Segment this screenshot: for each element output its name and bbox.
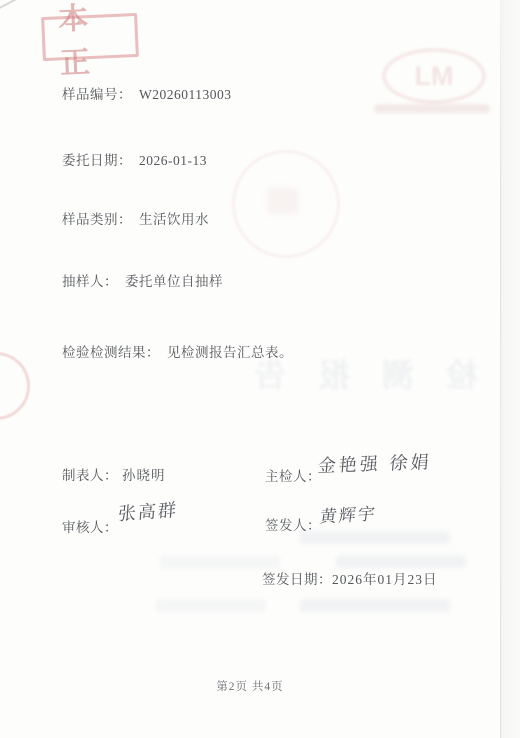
sampler-value: 委托单位自抽样 bbox=[125, 274, 223, 289]
preparer-label: 制表人： bbox=[62, 464, 118, 484]
chief-inspector-label: 主检人： bbox=[265, 465, 321, 485]
bleedthrough-text-bar bbox=[160, 556, 280, 569]
field-sample-category: 样品类别：生活饮用水 bbox=[62, 208, 209, 228]
sampler-label: 抽样人： bbox=[62, 274, 118, 289]
issue-date-value: 2026年01月23日 bbox=[332, 568, 438, 588]
page-number: 第2页 共4页 bbox=[0, 678, 500, 694]
sample-category-label: 样品类别： bbox=[62, 212, 132, 227]
field-sampler: 抽样人：委托单位自抽样 bbox=[62, 270, 223, 290]
bleedthrough-text-bar bbox=[300, 599, 450, 612]
reviewer-label: 审核人： bbox=[62, 516, 118, 536]
bleedthrough-mirrored-text: 检测报告 bbox=[168, 350, 478, 396]
bleedthrough-logo-text: LM bbox=[415, 61, 454, 92]
bleedthrough-text-bar bbox=[336, 555, 466, 568]
test-result-label: 检验检测结果： bbox=[62, 345, 160, 360]
report-page: 本正 LM 样品编号：W20260113003 委托日期：2026-01-13 … bbox=[0, 0, 520, 738]
sample-number-value: W20260113003 bbox=[139, 87, 232, 102]
original-copy-stamp: 本正 bbox=[41, 13, 139, 61]
scan-edge-shade bbox=[501, 0, 520, 738]
sample-number-label: 样品编号： bbox=[62, 87, 132, 102]
bleedthrough-seal-center bbox=[268, 188, 298, 214]
bleedthrough-text-bar bbox=[156, 599, 266, 612]
issuer-signature: 黄辉宇 bbox=[318, 499, 378, 527]
bleedthrough-text-bar bbox=[300, 531, 450, 544]
commission-date-value: 2026-01-13 bbox=[139, 153, 207, 168]
partial-red-stamp-left-edge bbox=[0, 352, 30, 420]
original-copy-stamp-text: 本正 bbox=[57, 0, 137, 82]
chief-inspector-signature: 金艳强 徐娟 bbox=[317, 448, 433, 478]
preparer-name: 孙晓明 bbox=[122, 464, 166, 484]
bleedthrough-logo-subtext-bar bbox=[374, 104, 490, 113]
field-sample-number: 样品编号：W20260113003 bbox=[62, 83, 232, 103]
field-commission-date: 委托日期：2026-01-13 bbox=[62, 149, 207, 169]
issue-date-label: 签发日期： bbox=[262, 568, 332, 588]
bleedthrough-logo-watermark: LM bbox=[382, 48, 486, 104]
reviewer-signature: 张高群 bbox=[117, 496, 179, 526]
sample-category-value: 生活饮用水 bbox=[139, 212, 209, 227]
commission-date-label: 委托日期： bbox=[62, 153, 132, 168]
scan-corner-artifact bbox=[0, 0, 21, 10]
